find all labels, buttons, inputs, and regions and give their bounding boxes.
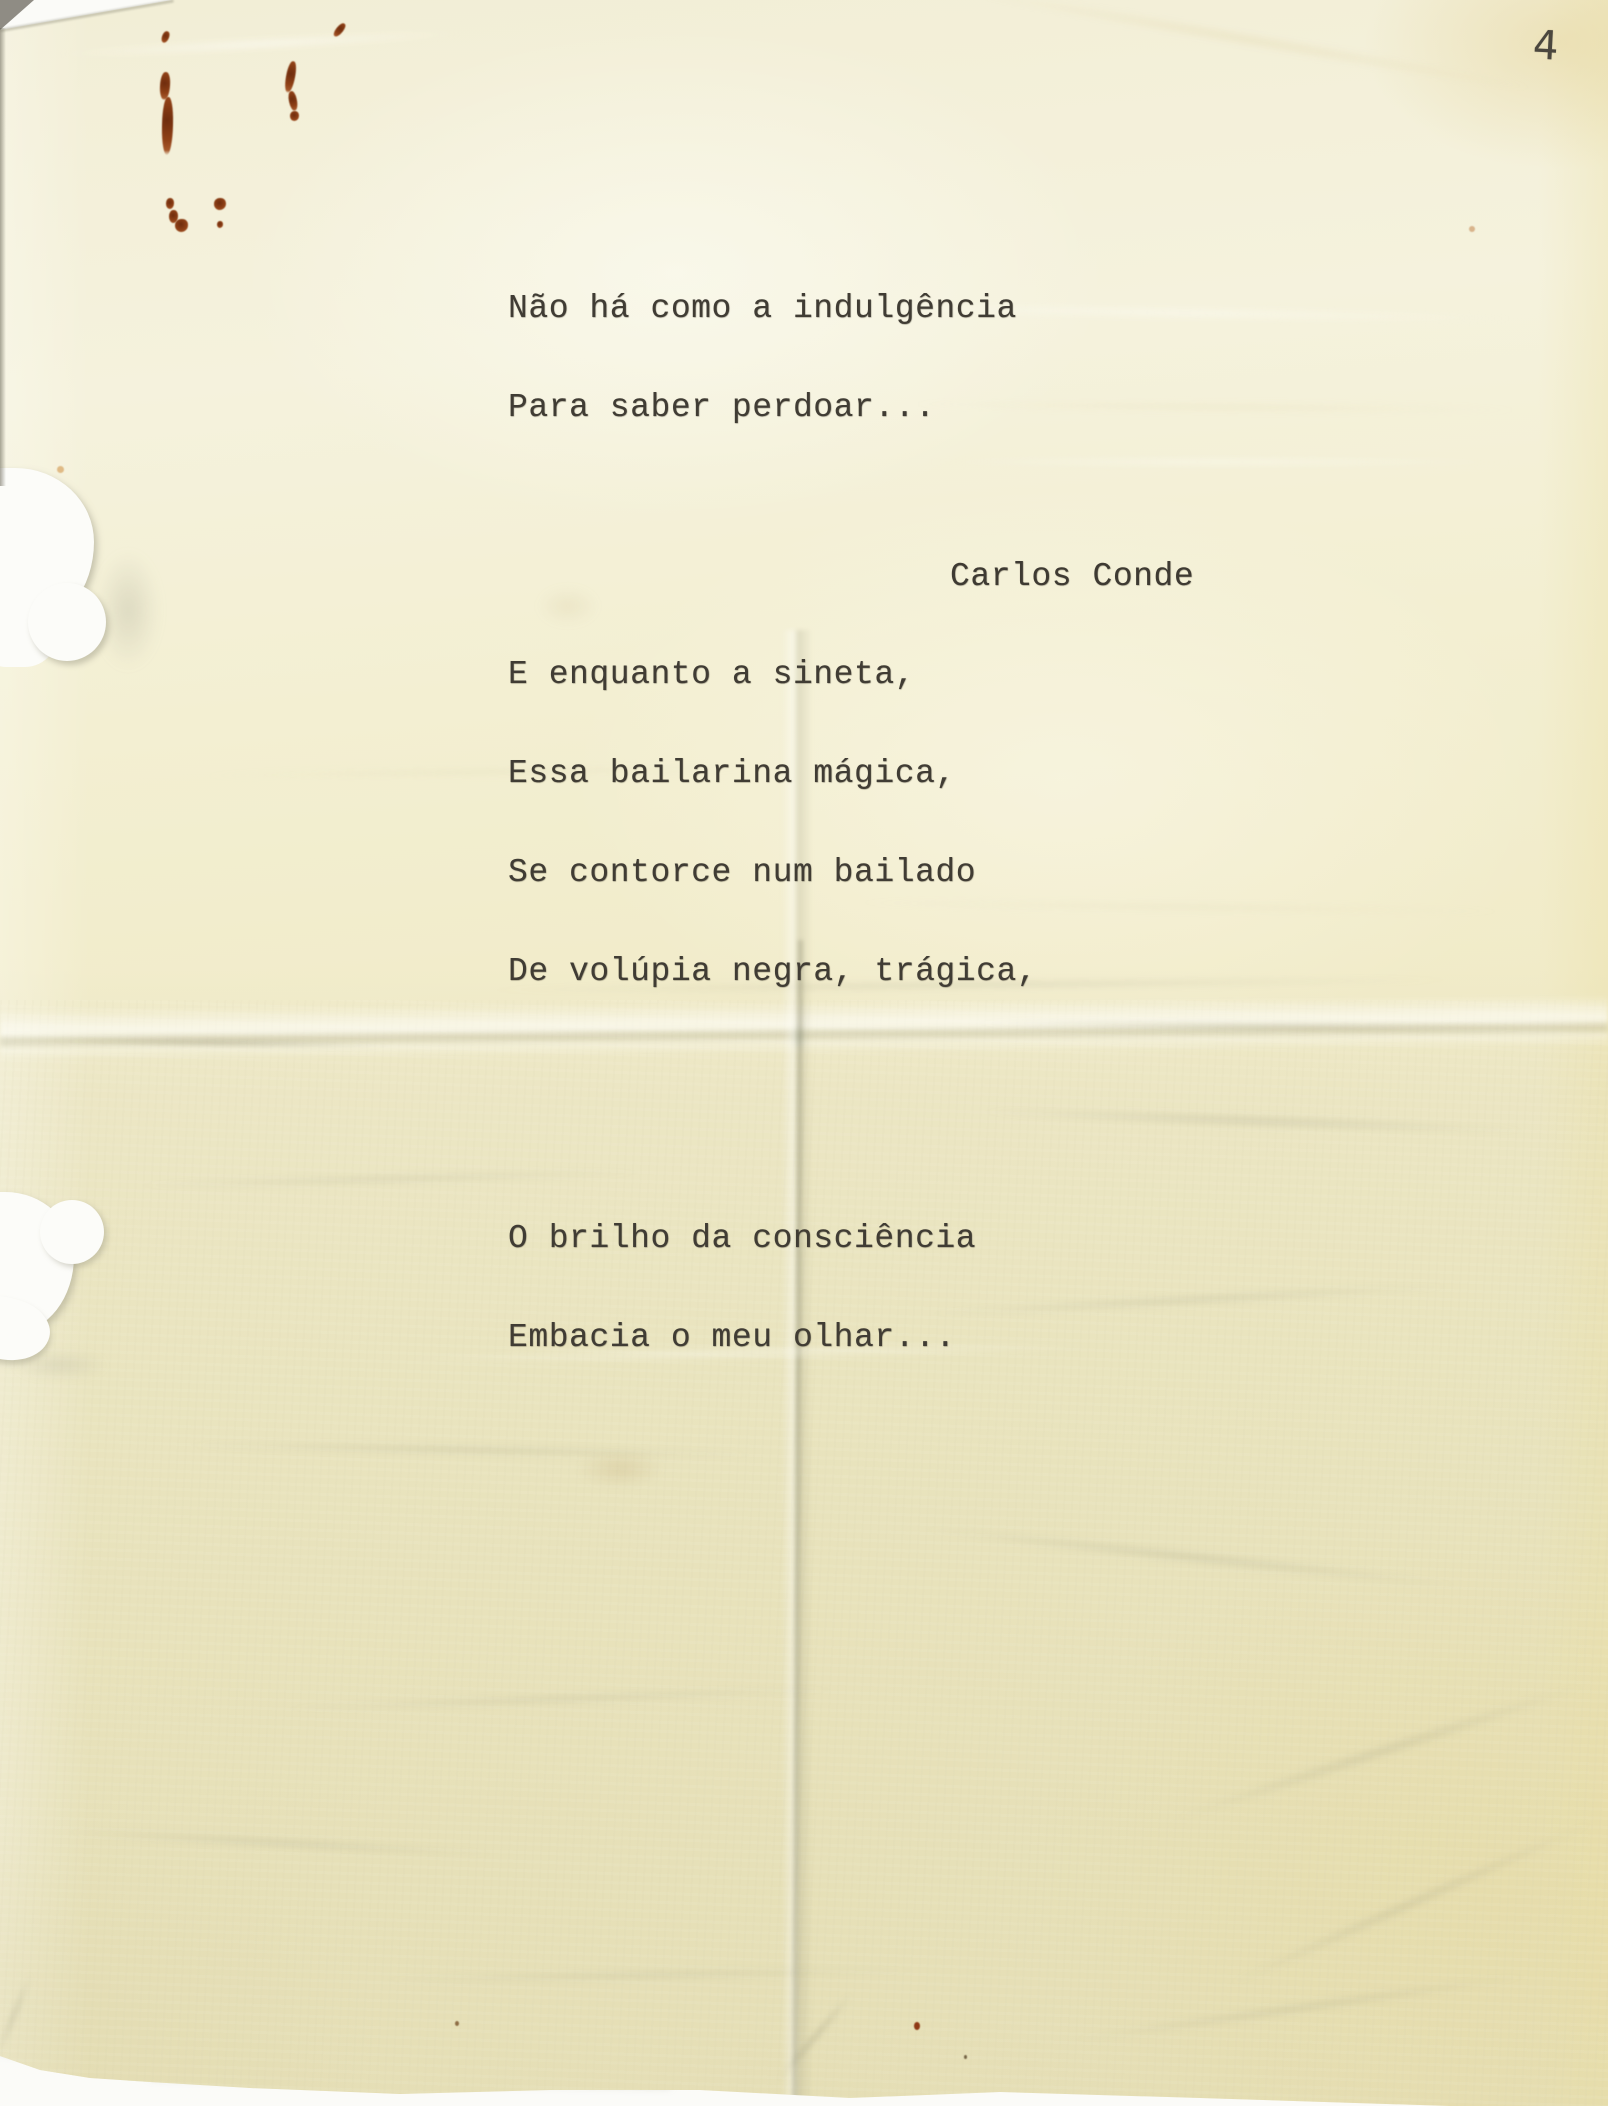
rust-stain xyxy=(159,72,170,100)
page-number: 4 xyxy=(1532,25,1560,66)
ink-speck xyxy=(455,2021,459,2026)
poem-stanza: Não há como a indulgência Para saber per… xyxy=(508,226,1037,490)
rust-stain xyxy=(166,198,174,209)
poem-stanza: E enquanto a sineta, Essa bailarina mági… xyxy=(508,592,1037,1054)
rust-stain xyxy=(283,60,297,93)
poem-line: Se contorce num bailado xyxy=(508,856,1037,889)
poem-line: Para saber perdoar... xyxy=(508,391,1037,424)
paper-edge-shadow xyxy=(0,28,6,486)
poem-line: Não há como a indulgência xyxy=(508,292,1037,325)
rust-stain xyxy=(290,111,299,121)
poem-line: De volúpia negra, trágica, xyxy=(508,955,1037,988)
poem-line: Essa bailarina mágica, xyxy=(508,757,1037,790)
poem-text: Não há como a indulgência Para saber per… xyxy=(508,160,1037,1522)
poem-line: Embacia o meu olhar... xyxy=(508,1321,1037,1354)
torn-spot xyxy=(40,1200,104,1264)
rust-stain xyxy=(217,221,223,228)
rust-stain xyxy=(287,90,299,111)
ink-speck xyxy=(914,2022,920,2030)
poem-stanza: O brilho da consciência Embacia o meu ol… xyxy=(508,1156,1037,1420)
rust-stain xyxy=(161,97,173,155)
fold-crease-diagonal xyxy=(884,0,1608,112)
ink-speck xyxy=(964,2055,967,2059)
poem-line: E enquanto a sineta, xyxy=(508,658,1037,691)
rust-stain xyxy=(214,198,226,210)
stain xyxy=(57,466,64,473)
paper-sheet: Não há como a indulgência Para saber per… xyxy=(0,0,1608,2106)
stain xyxy=(1469,226,1475,232)
wrinkle xyxy=(0,22,520,65)
scan-background: { "document": { "page_number": "4", "aut… xyxy=(0,0,1608,2106)
rust-stain xyxy=(175,219,188,232)
poem-line: O brilho da consciência xyxy=(508,1222,1037,1255)
torn-spot xyxy=(28,583,106,661)
author-signature: Carlos Conde xyxy=(950,560,1194,593)
